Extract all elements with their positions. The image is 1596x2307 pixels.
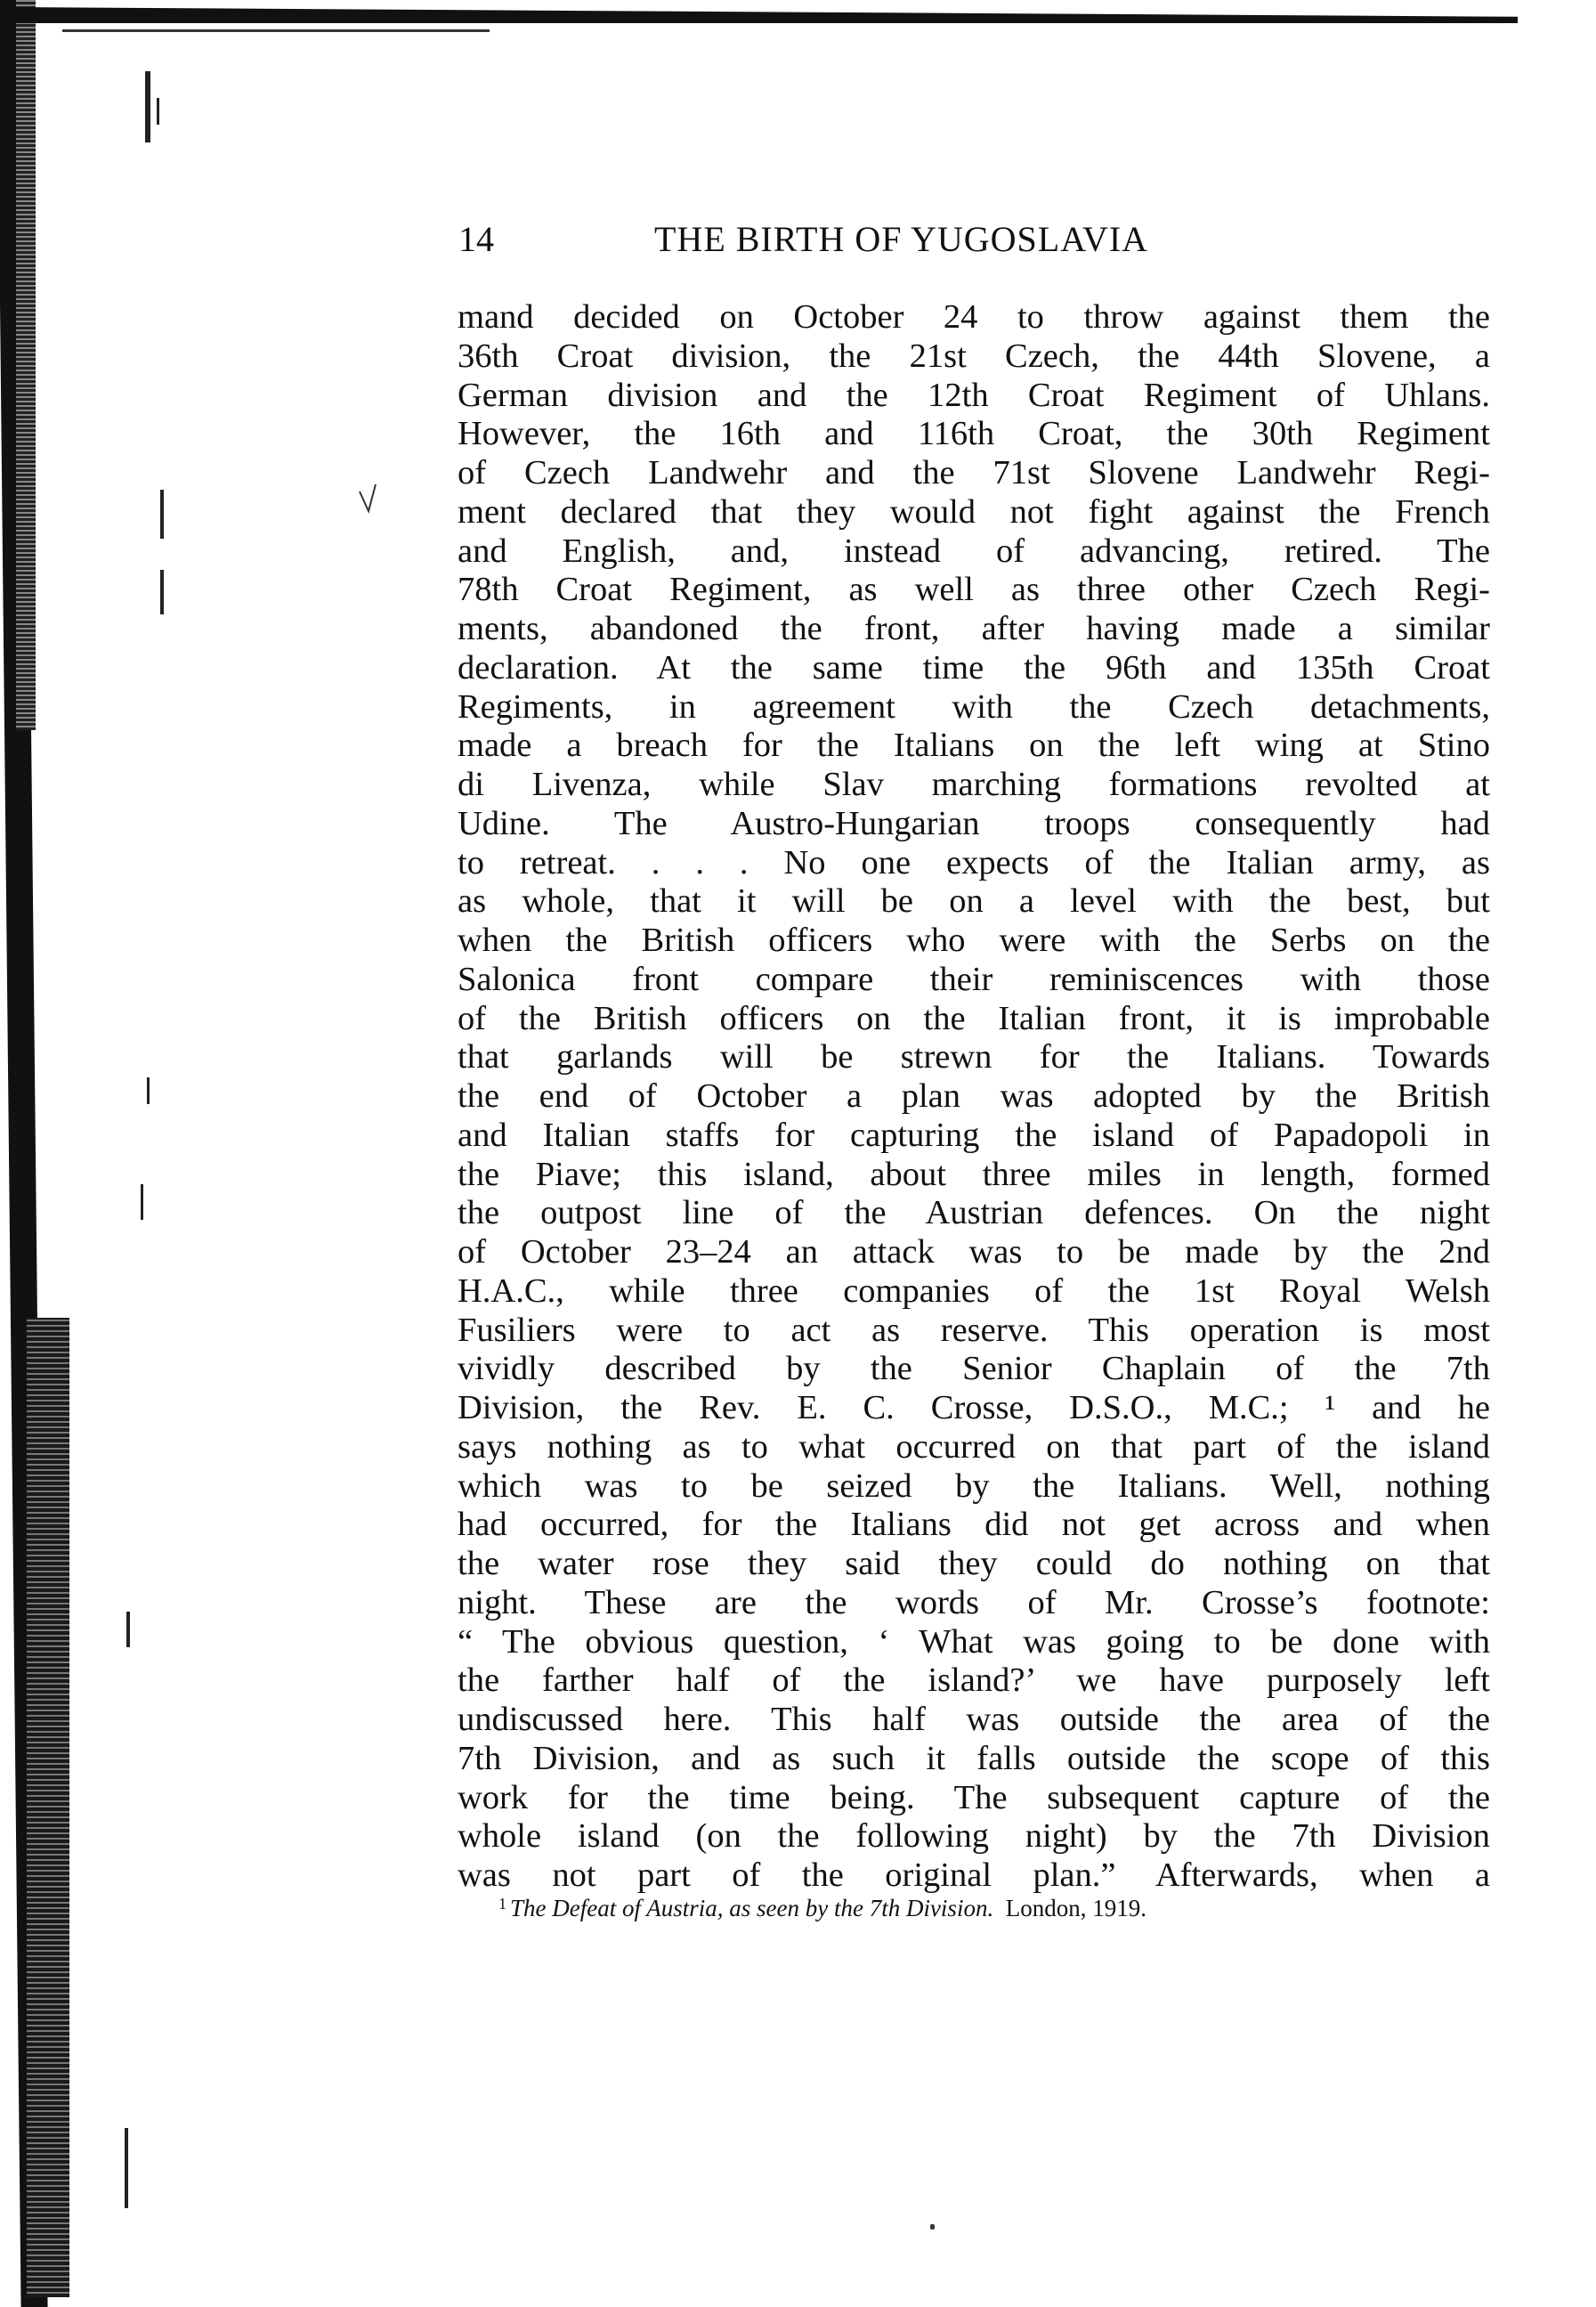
text-line: of Czech Landwehr and the 71st Slovene L… [458, 454, 1490, 493]
text-line: night. These are the words of Mr. Crosse… [458, 1584, 1490, 1623]
footnote-marker: 1 [498, 1895, 506, 1913]
margin-mark [147, 1077, 150, 1104]
text-line: says nothing as to what occurred on that… [458, 1428, 1490, 1467]
footnote-imprint: London, 1919. [1006, 1895, 1146, 1921]
book-edge-pattern-bottom [27, 1318, 69, 2297]
text-line: German division and the 12th Croat Regim… [458, 377, 1490, 416]
text-line: that garlands will be strewn for the Ita… [458, 1038, 1490, 1077]
book-edge-pattern-top [16, 0, 36, 730]
text-line: Regiments, in agreement with the Czech d… [458, 688, 1490, 727]
running-head: 14 THE BIRTH OF YUGOSLAVIA [458, 218, 1491, 263]
text-line: Division, the Rev. E. C. Crosse, D.S.O.,… [458, 1389, 1490, 1428]
margin-mark [125, 2128, 128, 2208]
text-line: Salonica front compare their reminiscenc… [458, 961, 1490, 1000]
text-line: the water rose they said they could do n… [458, 1545, 1490, 1584]
text-line: was not part of the original plan.” Afte… [458, 1856, 1490, 1896]
text-line: undiscussed here. This half was outside … [458, 1701, 1490, 1740]
text-line: declaration. At the same time the 96th a… [458, 649, 1490, 688]
margin-mark [160, 570, 164, 614]
text-line: H.A.C., while three companies of the 1st… [458, 1272, 1490, 1312]
text-line: 36th Croat division, the 21st Czech, the… [458, 337, 1490, 377]
text-line: when the British officers who were with … [458, 922, 1490, 961]
text-line: the outpost line of the Austrian defence… [458, 1194, 1490, 1233]
text-line: of the British officers on the Italian f… [458, 1000, 1490, 1039]
text-line: di Livenza, while Slav marching formatio… [458, 766, 1490, 805]
text-line: mand decided on October 24 to throw agai… [458, 298, 1490, 337]
text-line: and English, and, instead of advancing, … [458, 532, 1490, 572]
margin-mark [145, 71, 150, 142]
text-line: of October 23–24 an attack was to be mad… [458, 1233, 1490, 1272]
text-line: “ The obvious question, ‘ What was going… [458, 1623, 1490, 1662]
text-line: which was to be seized by the Italians. … [458, 1467, 1490, 1507]
margin-mark [126, 1612, 130, 1647]
body-text: mand decided on October 24 to throw agai… [458, 298, 1490, 1896]
scan-top-edge [13, 7, 1518, 23]
text-line: made a breach for the Italians on the le… [458, 727, 1490, 766]
scan-top-line [62, 29, 490, 32]
footnote-title: The Defeat of Austria, as seen by the 7t… [510, 1895, 993, 1921]
text-line: work for the time being. The subsequent … [458, 1779, 1490, 1818]
text-line: the Piave; this island, about three mile… [458, 1156, 1490, 1195]
scan-speck [930, 2224, 935, 2230]
text-line: 78th Croat Regiment, as well as three ot… [458, 571, 1490, 610]
text-line: However, the 16th and 116th Croat, the 3… [458, 415, 1490, 454]
text-line: to retreat. . . . No one expects of the … [458, 844, 1490, 883]
text-line: and Italian staffs for capturing the isl… [458, 1117, 1490, 1156]
text-line: Udine. The Austro-Hungarian troops conse… [458, 805, 1490, 844]
text-line: had occurred, for the Italians did not g… [458, 1506, 1490, 1545]
text-line: vividly described by the Senior Chaplain… [458, 1350, 1490, 1389]
running-title: THE BIRTH OF YUGOSLAVIA [654, 218, 1148, 260]
text-line: as whole, that it will be on a level wit… [458, 882, 1490, 922]
scanned-page: 14 THE BIRTH OF YUGOSLAVIA mand decided … [0, 0, 1596, 2307]
text-line: Fusiliers were to act as reserve. This o… [458, 1312, 1490, 1351]
margin-mark [141, 1184, 143, 1220]
margin-mark [157, 98, 159, 125]
text-line: whole island (on the following night) by… [458, 1817, 1490, 1856]
margin-mark [160, 490, 164, 539]
pencil-check-mark [356, 481, 383, 516]
text-line: 7th Division, and as such it falls outsi… [458, 1740, 1490, 1779]
text-line: the farther half of the island?’ we have… [458, 1661, 1490, 1701]
page-number: 14 [458, 218, 494, 260]
text-line: ments, abandoned the front, after having… [458, 610, 1490, 649]
text-line: ment declared that they would not fight … [458, 493, 1490, 532]
footnote: 1The Defeat of Austria, as seen by the 7… [498, 1895, 1478, 1922]
text-line: the end of October a plan was adopted by… [458, 1077, 1490, 1117]
